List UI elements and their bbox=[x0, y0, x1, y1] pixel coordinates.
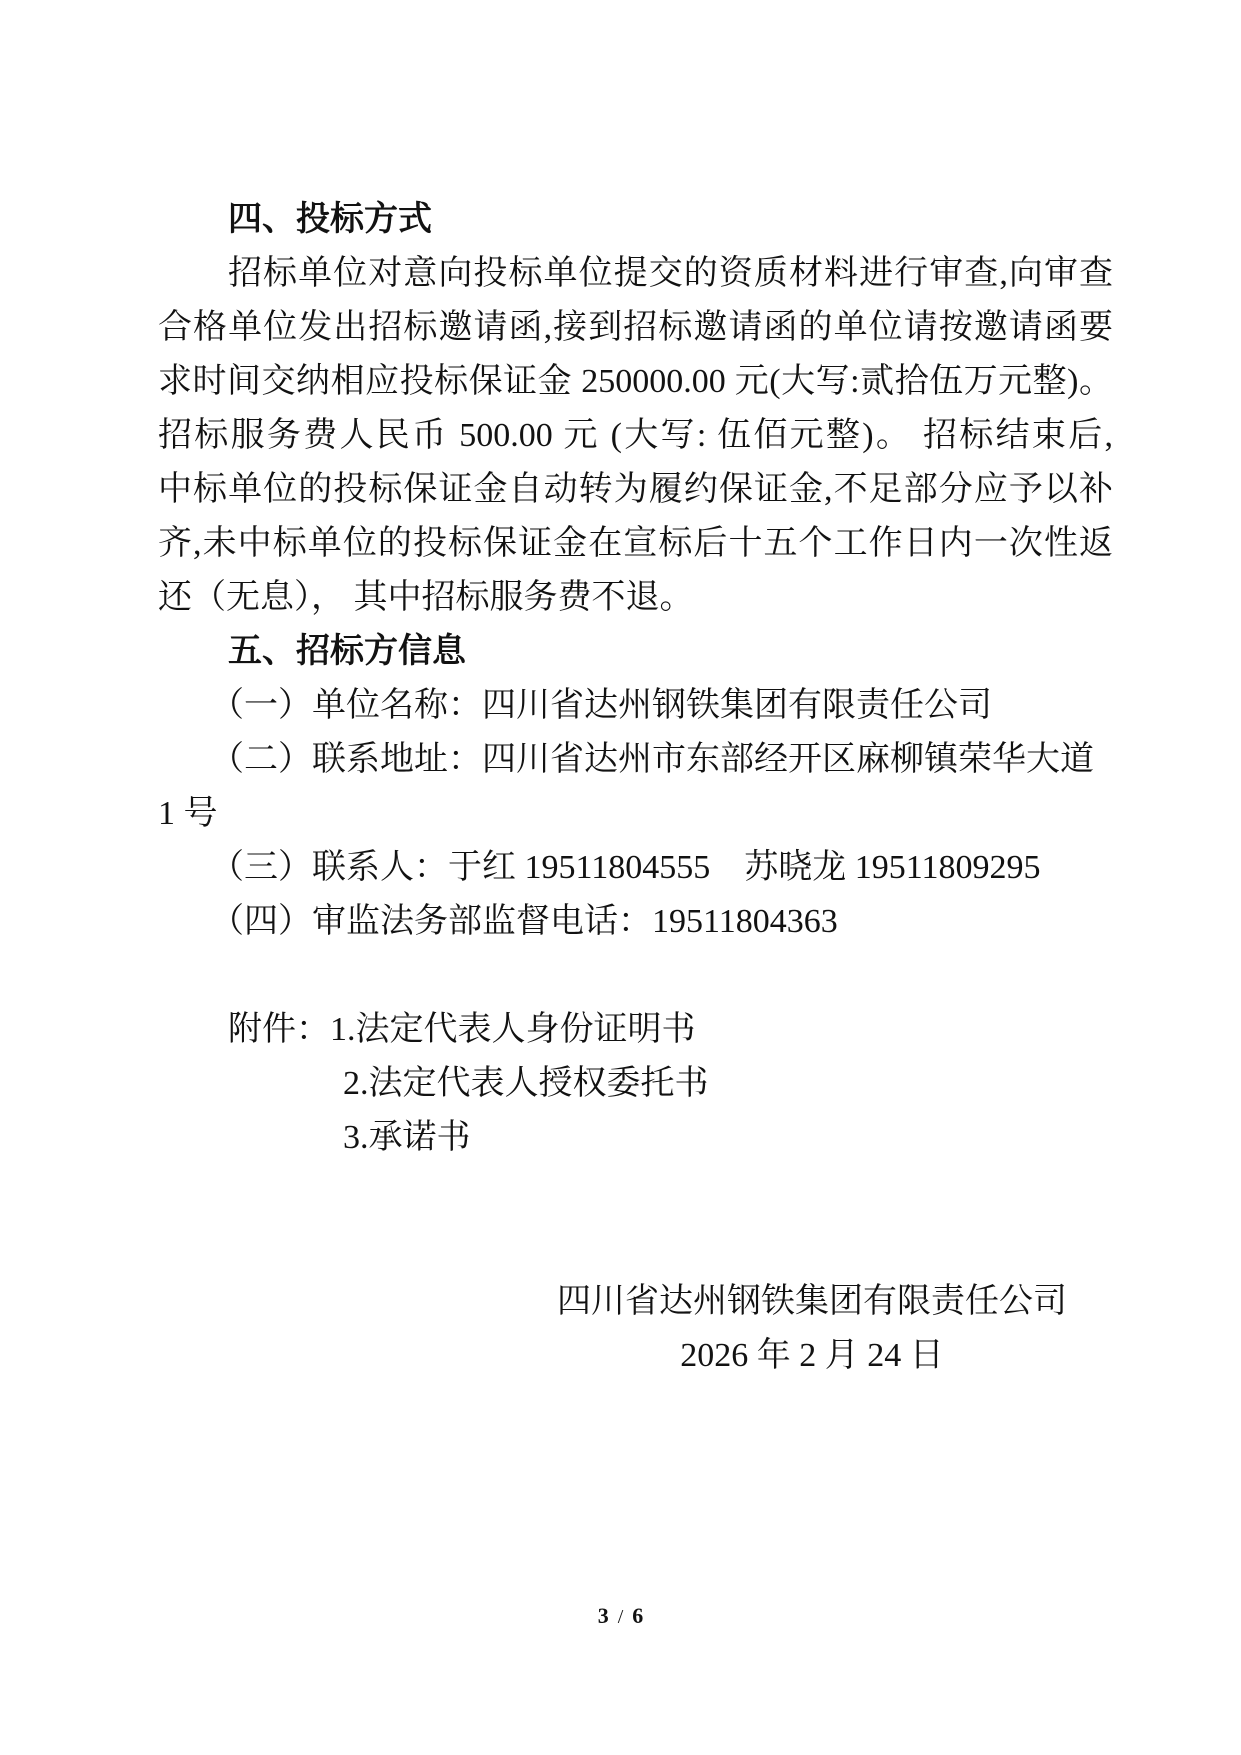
info-item-address-continuation: 1 号 bbox=[158, 787, 1113, 841]
body-text-line: 招标单位对意向投标单位提交的资质材料进行审查,向审查 bbox=[158, 247, 1113, 301]
page-number: 3/6 bbox=[0, 1603, 1241, 1629]
attachments-line: 附件：1.法定代表人身份证明书 bbox=[158, 1003, 1113, 1057]
section-5-heading: 五、招标方信息 bbox=[158, 625, 1113, 679]
attachment-item: 2.法定代表人授权委托书 bbox=[158, 1057, 1113, 1111]
signature-company: 四川省达州钢铁集团有限责任公司 bbox=[557, 1275, 1067, 1329]
body-text-line: 中标单位的投标保证金自动转为履约保证金,不足部分应予以补 bbox=[158, 463, 1113, 517]
page-number-current: 3 bbox=[598, 1603, 609, 1628]
info-item-company-name: （一）单位名称：四川省达州钢铁集团有限责任公司 bbox=[158, 679, 1113, 733]
page-number-separator: / bbox=[609, 1606, 633, 1628]
info-item-supervision-phone: （四）审监法务部监督电话：19511804363 bbox=[158, 895, 1113, 949]
body-text-line: 求时间交纳相应投标保证金 250000.00 元(大写:贰拾伍万元整)。 bbox=[158, 355, 1113, 409]
body-text-line: 齐,未中标单位的投标保证金在宣标后十五个工作日内一次性返 bbox=[158, 517, 1113, 571]
attachment-item: 1.法定代表人身份证明书 bbox=[330, 1011, 696, 1048]
body-text-line: 还（无息）， 其中招标服务费不退。 bbox=[158, 571, 1113, 625]
info-item-address: （二）联系地址：四川省达州市东部经开区麻柳镇荣华大道 bbox=[158, 733, 1113, 787]
page-number-total: 6 bbox=[632, 1603, 643, 1628]
blank-line bbox=[158, 949, 1113, 1003]
document-content: 四、投标方式 招标单位对意向投标单位提交的资质材料进行审查,向审查 合格单位发出… bbox=[158, 193, 1113, 1383]
signature-block: 四川省达州钢铁集团有限责任公司 2026 年 2 月 24 日 bbox=[557, 1275, 1067, 1383]
body-text-line: 招标服务费人民币 500.00 元 (大写: 伍佰元整)。 招标结束后, bbox=[158, 409, 1113, 463]
document-page: 四、投标方式 招标单位对意向投标单位提交的资质材料进行审查,向审查 合格单位发出… bbox=[0, 0, 1241, 1755]
signature-date: 2026 年 2 月 24 日 bbox=[557, 1329, 1067, 1383]
section-4-heading: 四、投标方式 bbox=[158, 193, 1113, 247]
attachment-item: 3.承诺书 bbox=[158, 1111, 1113, 1165]
attachments-label: 附件： bbox=[228, 1011, 330, 1048]
body-text-line: 合格单位发出招标邀请函,接到招标邀请函的单位请按邀请函要 bbox=[158, 301, 1113, 355]
info-item-contacts: （三）联系人：于红 19511804555 苏晓龙 19511809295 bbox=[158, 841, 1113, 895]
